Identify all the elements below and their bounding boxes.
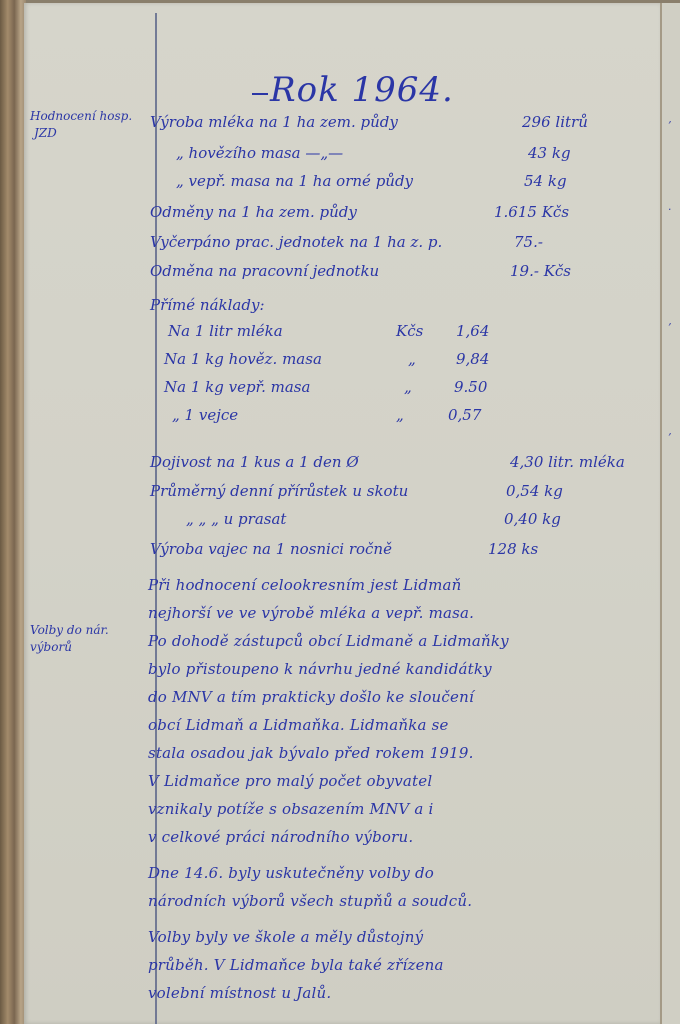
side-note-line: JZD <box>30 125 132 142</box>
paragraph-line: volební místnost u Jalů. <box>148 984 331 1002</box>
paragraph-line: stala osadou jak bývalo před rokem 1919. <box>148 744 474 762</box>
paragraph-line: vznikaly potíže s obsazením MNV a i <box>148 800 433 818</box>
yield-label: Dojivost na 1 kus a 1 den Ø <box>150 453 359 471</box>
cost-unit: „ <box>408 350 416 368</box>
cost-value: 0,57 <box>448 406 481 424</box>
cost-item: Na 1 kg hověz. masa <box>164 350 322 368</box>
paragraph-line: bylo přistoupeno k návrhu jedné kandidát… <box>148 660 492 678</box>
direct-costs-heading: Přímé náklady: <box>150 296 265 314</box>
side-note-farm-evaluation: Hodnocení hosp. JZD <box>30 108 132 142</box>
yield-value: 4,30 litr. mléka <box>510 453 625 471</box>
yield-value: 0,54 kg <box>506 482 563 500</box>
yield-value: 128 ks <box>488 540 538 558</box>
yield-value: 0,40 kg <box>504 510 561 528</box>
stat-value: 75.- <box>514 233 543 251</box>
cost-value: 1,64 <box>456 322 489 340</box>
stat-value: 296 litrů <box>522 113 588 131</box>
yield-label: „ „ „ u prasat <box>186 510 286 528</box>
cost-unit: Kčs <box>396 322 423 340</box>
stat-label: Odměny na 1 ha zem. půdy <box>150 203 357 221</box>
facing-page-ink-fragment: · <box>668 203 672 216</box>
book-binding <box>0 0 26 1024</box>
paragraph-line: v celkové práci národního výboru. <box>148 828 413 846</box>
stat-value: 19.- Kčs <box>510 262 571 280</box>
facing-page-ink-fragment: ’ <box>668 119 672 132</box>
facing-page-ink-fragment: ’ <box>668 431 672 444</box>
paragraph-line: nejhorší ve ve výrobě mléka a vepř. masa… <box>148 604 474 622</box>
cost-unit: „ <box>404 378 412 396</box>
side-note-line: Hodnocení hosp. <box>30 108 132 125</box>
facing-page-ink-fragment: ’ <box>668 321 672 334</box>
cost-value: 9.50 <box>454 378 487 396</box>
stat-label: Vyčerpáno prac. jednotek na 1 ha z. p. <box>150 233 442 251</box>
stat-label: Odměna na pracovní jednotku <box>150 262 379 280</box>
title-text: Rok 1964. <box>270 70 454 110</box>
cost-item: Na 1 litr mléka <box>168 322 283 340</box>
side-note-line: Volby do nár. <box>30 622 109 639</box>
yield-label: Průměrný denní přírůstek u skotu <box>150 482 408 500</box>
yield-label: Výroba vajec na 1 nosnici ročně <box>150 540 392 558</box>
stat-label: Výroba mléka na 1 ha zem. půdy <box>150 113 398 131</box>
facing-page-edge: ’ · ’ ’ <box>660 3 680 1024</box>
cost-item: Na 1 kg vepř. masa <box>164 378 310 396</box>
stat-label: „ vepř. masa na 1 ha orné půdy <box>176 172 413 190</box>
paragraph-line: obcí Lidmaň a Lidmaňka. Lidmaňka se <box>148 716 449 734</box>
title-flourish <box>252 93 268 95</box>
cost-unit: „ <box>396 406 404 424</box>
side-note-line: výborů <box>30 639 109 656</box>
paragraph-line: Při hodnocení celookresním jest Lidmaň <box>148 576 462 594</box>
scanned-page: ’ · ’ ’ Rok 1964. Hodnocení hosp. JZD Vo… <box>0 0 680 1024</box>
page-title: Rok 1964. <box>252 70 454 110</box>
paragraph-line: Dne 14.6. byly uskutečněny volby do <box>148 864 434 882</box>
paragraph-line: Po dohodě zástupců obcí Lidmaně a Lidmaň… <box>148 632 509 650</box>
paragraph-line: národních výborů všech stupňů a soudců. <box>148 892 472 910</box>
stat-value: 43 kg <box>528 144 571 162</box>
side-note-elections: Volby do nár. výborů <box>30 622 109 656</box>
cost-value: 9,84 <box>456 350 489 368</box>
paragraph-line: Volby byly ve škole a měly důstojný <box>148 928 423 946</box>
paragraph-line: V Lidmaňce pro malý počet obyvatel <box>148 772 432 790</box>
paragraph-line: průběh. V Lidmaňce byla také zřízena <box>148 956 444 974</box>
stat-value: 54 kg <box>524 172 567 190</box>
stat-value: 1.615 Kčs <box>494 203 569 221</box>
stat-label: „ hovězího masa —„— <box>176 144 343 162</box>
paragraph-line: do MNV a tím prakticky došlo ke sloučení <box>148 688 474 706</box>
cost-item: „ 1 vejce <box>172 406 238 424</box>
